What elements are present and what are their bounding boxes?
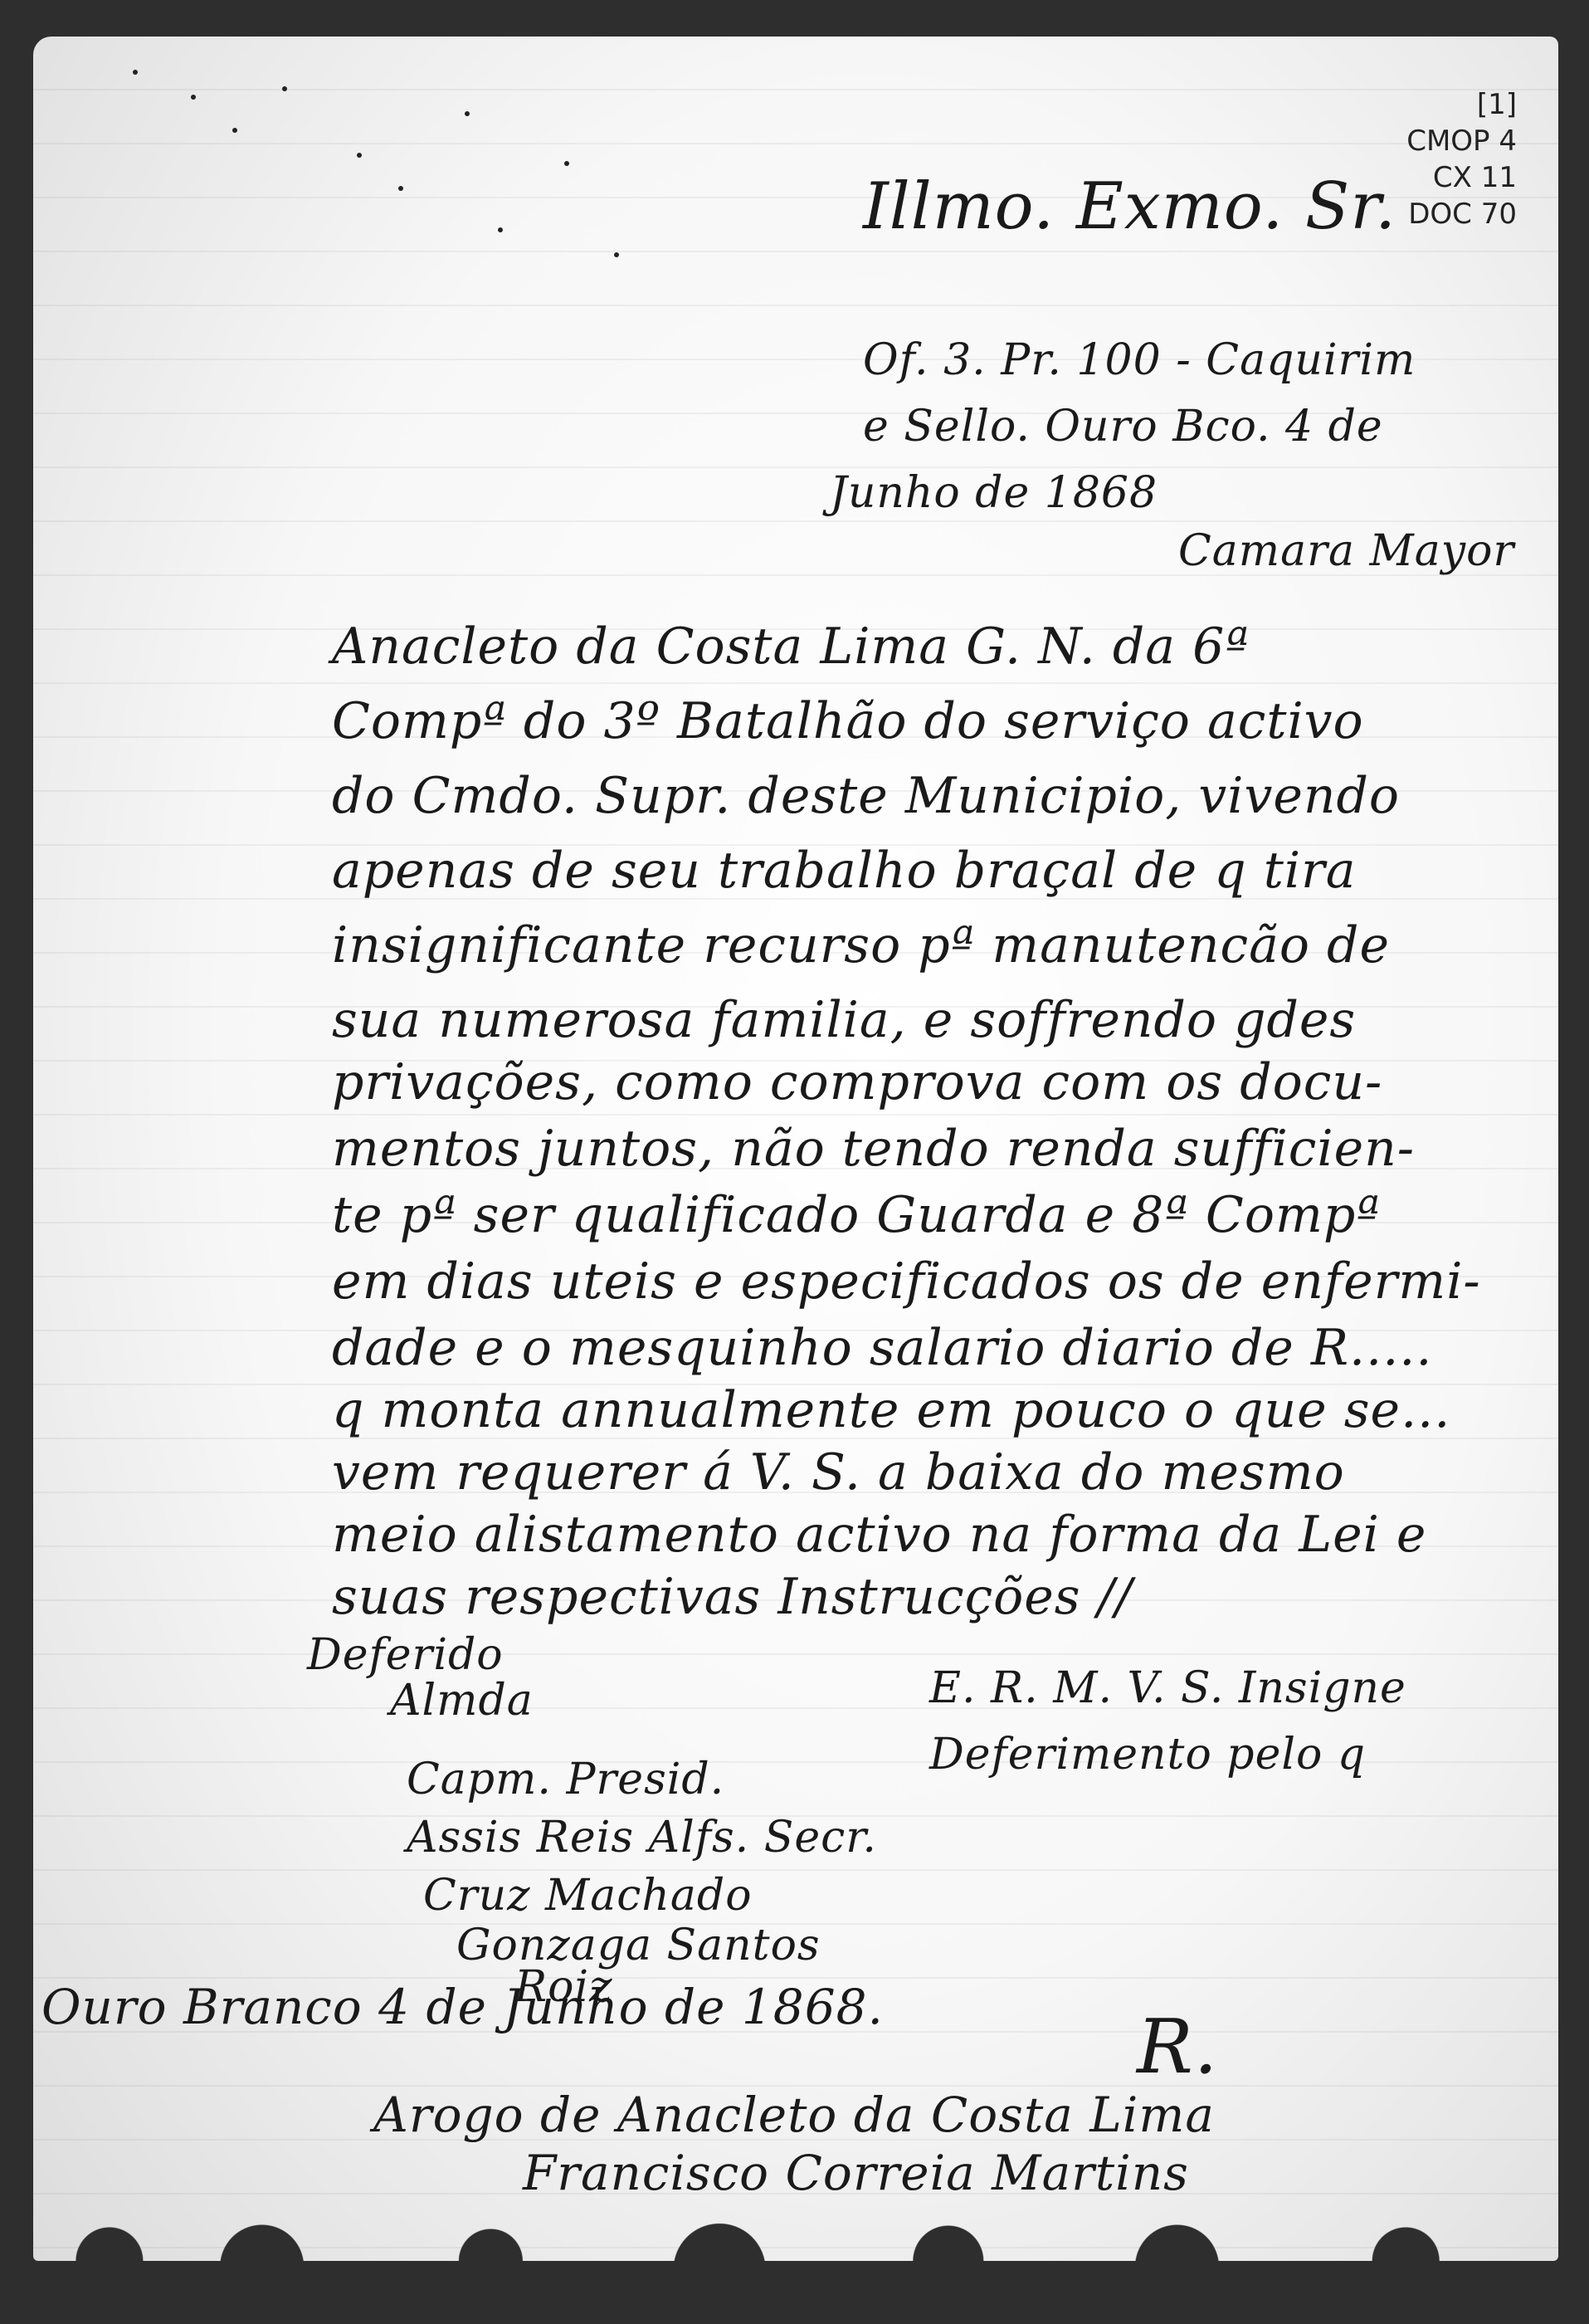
- ink-speck: [133, 70, 138, 75]
- closing-line: Deferimento pelo q: [929, 1730, 1366, 1780]
- council-signature: Capm. Presid.: [407, 1755, 724, 1804]
- body-line: te pª ser qualificado Guarda e 8ª Compª: [332, 1186, 1381, 1244]
- ink-speck: [357, 153, 362, 158]
- body-line: vem requerer á V. S. a baixa do mesmo: [332, 1443, 1345, 1501]
- body-line: suas respectivas Instrucções //: [332, 1568, 1133, 1626]
- body-line: mentos juntos, não tendo renda sufficien…: [332, 1120, 1415, 1178]
- body-line: Compª do 3º Batalhão do serviço activo: [332, 692, 1364, 750]
- body-line: insignificante recurso pª manutencão de: [332, 916, 1390, 974]
- body-line: do Cmdo. Supr. deste Municipio, vivendo: [332, 767, 1400, 825]
- archive-reference: [1] CMOP 4 CX 11 DOC 70: [1406, 86, 1517, 232]
- body-line: privações, como comprova com os docu-: [332, 1053, 1382, 1111]
- routing-note-line: Of. 3. Pr. 100 - Caquirim: [863, 335, 1416, 385]
- body-line: sua numerosa familia, e soffrendo gdes: [332, 991, 1356, 1049]
- body-line: meio alistamento activo na forma da Lei …: [332, 1506, 1426, 1564]
- document-page: [1] CMOP 4 CX 11 DOC 70 Illmo. Exmo. Sr.…: [33, 37, 1558, 2261]
- council-signature: Assis Reis Alfs. Secr.: [407, 1813, 877, 1863]
- ink-speck: [465, 111, 470, 116]
- place-and-date: Ouro Branco 4 de Junho de 1868.: [41, 1979, 884, 2035]
- page-number: [1]: [1406, 86, 1517, 123]
- ink-speck: [282, 86, 287, 91]
- almeida-signature: Almda: [390, 1676, 534, 1726]
- routing-note-line: e Sello. Ouro Bco. 4 de: [863, 402, 1383, 452]
- box-code: CX 11: [1406, 159, 1517, 196]
- routing-note-line: Camara Mayor: [1178, 526, 1514, 576]
- body-line: em dias uteis e especificados os de enfe…: [332, 1252, 1481, 1311]
- salutation: Illmo. Exmo. Sr.: [863, 169, 1396, 244]
- body-line: dade e o mesquinho salario diario de R..…: [332, 1319, 1432, 1377]
- rubric-signature: R.: [1137, 2004, 1218, 2091]
- ink-speck: [398, 186, 403, 191]
- collection-code: CMOP 4: [1406, 123, 1517, 159]
- body-line: Anacleto da Costa Lima G. N. da 6ª: [332, 618, 1250, 676]
- routing-note-line: Junho de 1868: [830, 468, 1158, 518]
- ink-speck: [498, 227, 503, 232]
- arogo-line: Arogo de Anacleto da Costa Lima: [373, 2087, 1215, 2143]
- council-signature: Cruz Machado: [423, 1871, 753, 1921]
- body-line: apenas de seu trabalho braçal de q tira: [332, 842, 1356, 900]
- deferido-label: Deferido: [307, 1630, 504, 1680]
- council-signature: Gonzaga Santos: [456, 1921, 821, 1970]
- body-line: q monta annualmente em pouco o que se...: [332, 1381, 1450, 1439]
- ink-speck: [191, 95, 196, 100]
- ink-speck: [232, 128, 237, 133]
- ink-speck: [614, 252, 619, 257]
- document-code: DOC 70: [1406, 196, 1517, 232]
- closing-line: E. R. M. V. S. Insigne: [929, 1663, 1406, 1713]
- ink-speck: [564, 161, 569, 166]
- arogo-signature: Francisco Correia Martins: [523, 2145, 1189, 2201]
